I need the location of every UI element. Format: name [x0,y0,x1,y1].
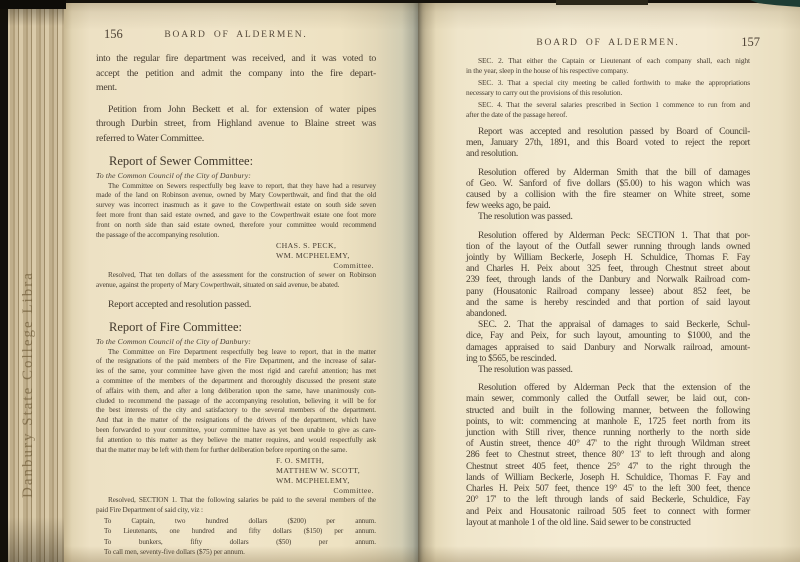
text-line: accept the petition and admit the compan… [96,67,376,82]
text-line: dice, Fay and Peix, for such layout, amo… [466,331,750,342]
body-block: The resolution was passed. [466,365,750,376]
text-line: in the year, sleep in the house of his r… [466,66,750,76]
small-list-block: To Captain, two hundred dollars ($200) p… [96,516,376,558]
page-left-content: into the regular fire department was rec… [96,52,376,558]
text-line: of affairs with them, and after a long d… [96,387,376,397]
page-left-156: 156 BOARD OF ALDERMEN. into the regular … [64,0,418,562]
text-line: SEC. 2. That the appraisal of damages to… [466,320,750,331]
scan-top-edge [0,0,800,3]
text-line: lands of William Beckerle, Joseph H. Sch… [466,473,750,484]
text-line: the best interests of the city and satis… [96,406,376,416]
text-line: Resolution offered by Alderman Peck that… [466,383,750,394]
text-line: 239 feet, through lands of the Danbury a… [466,275,750,286]
text-line: the passage of the accompanying resoluti… [96,231,376,241]
page-right-157: BOARD OF ALDERMEN. 157 SEC. 2. That eith… [418,0,800,562]
text-line: after the date of the passage hereof. [466,110,750,120]
text-line: ies of the same, your committee have giv… [96,367,376,377]
body-block: Resolution offered by Alderman Peck that… [466,383,750,529]
text-line: The resolution was passed. [466,365,750,376]
text-line: Petition from John Beckett et al. for ex… [96,103,376,118]
text-line: front on north side than said estate own… [96,221,376,231]
text-line: And that in the matter of the resignatio… [96,416,376,426]
text-line: ment. [96,81,376,96]
text-line: pany (Housatonic Railroad company lessee… [466,287,750,298]
text-line: and the same is hereby rescinded and tha… [466,298,750,309]
signature-name: F. O. SMITH, [96,456,376,466]
text-line: junction with Still river, thence runnin… [466,428,750,439]
book-scan: Danbury State College Libra 156 BOARD OF… [0,0,800,562]
text-line: made of the land on Robinson avenue, own… [96,191,376,201]
small-block: The Committee on Sewers respectfully beg… [96,182,376,241]
text-line: The resolution was passed. [466,212,750,223]
body-block: into the regular fire department was rec… [96,52,376,96]
text-line: of Austin street, thence 40° 47' to the … [466,439,750,450]
book-spine-page-edges: Danbury State College Libra [0,0,64,562]
signature-name: WM. MCPHELEMY, [96,251,376,261]
page-header-left: 156 BOARD OF ALDERMEN. [96,30,376,44]
text-line: that the matter may be left with them fo… [96,446,376,456]
text-line: abandoned. [466,309,750,320]
text-line: Resolution offered by Alderman Peck: SEC… [466,231,750,242]
text-line: feet more front than said estate owned, … [96,211,376,221]
text-line: damages appraised to said Danbury and No… [466,343,750,354]
text-line: been forwarded to your committee, your c… [96,426,376,436]
text-line: Report was accepted and resolution passe… [466,127,750,138]
text-line: ful attention to this matter as they bel… [96,436,376,446]
heading-block: Report of Sewer Committee: [96,154,376,169]
text-line: SEC. 3. That a special city meeting be c… [466,78,750,88]
text-line: Resolved, That ten dollars of the assess… [96,271,376,281]
body-block: Resolution offered by Alderman Smith tha… [466,168,750,213]
text-line: structed and built in the following mann… [466,406,750,417]
text-line: Resolution offered by Alderman Smith tha… [466,168,750,179]
text-line: To bunkers, fifty dollars ($50) per annu… [96,537,376,548]
text-line: through Durbin street, from Highland ave… [96,117,376,132]
small-block: SEC. 3. That a special city meeting be c… [466,78,750,98]
body-block: Resolution offered by Alderman Peck: SEC… [466,231,750,321]
text-line: Chestnut street 405 feet, thence 25° 47'… [466,462,750,473]
signature-block: CHAS. S. PECK,WM. MCPHELEMY,Committee. [96,241,376,271]
text-line: Report accepted and resolution passed. [96,298,376,313]
text-line: caused by a collision with the fire stea… [466,190,750,201]
running-header-right: BOARD OF ALDERMEN. [466,38,750,48]
text-line: layout at manhole 1 of the old line. Sai… [466,518,750,529]
text-line: main sewer, commonly called the Outfall … [466,394,750,405]
text-line: and Charles H. Peix about 325 feet, thro… [466,264,750,275]
signature-name: CHAS. S. PECK, [96,241,376,251]
salutation-block: To the Common Council of the City of Dan… [96,337,376,347]
salutation-block: To the Common Council of the City of Dan… [96,171,376,181]
text-line: of Geo. W. Sanford of five dollars ($5.0… [466,179,750,190]
signature-closing: Committee. [96,261,376,271]
small-block: Resolved, SECTION 1. That the following … [96,496,376,516]
heading-block: Report of Fire Committee: [96,320,376,335]
page-right-content: SEC. 2. That either the Captain or Lieut… [466,56,750,529]
body-block: Report accepted and resolution passed. [96,298,376,313]
text-line: of the resignations of the paid members … [96,357,376,367]
text-line: 286 feet to Chestnut street, thence 80° … [466,450,750,461]
text-line: The Committee on Sewers respectfully beg… [96,182,376,192]
page-number-right: 157 [741,35,760,50]
text-line: survey was incorrect inasmuch as it gave… [96,201,376,211]
text-line: Resolved, SECTION 1. That the following … [96,496,376,506]
text-line: necessary to carry out the provisions of… [466,88,750,98]
text-line: To Captain, two hundred dollars ($200) p… [96,516,376,527]
body-block: The resolution was passed. [466,212,750,223]
text-line: ing to $565, be rescinded. [466,354,750,365]
text-line: a committee of the members of the depart… [96,377,376,387]
text-line: paid Fire Department of said city, viz : [96,506,376,516]
text-line: To call men, seventy-five dollars ($75) … [96,547,376,558]
text-line: tion of the layout of the Outfall sewer … [466,242,750,253]
small-block: SEC. 4. That the several salaries prescr… [466,100,750,120]
text-line: The Committee on Fire Department respect… [96,348,376,358]
body-block: SEC. 2. That the appraisal of damages to… [466,320,750,365]
page-header-right: BOARD OF ALDERMEN. 157 [466,38,750,52]
signature-block: F. O. SMITH,MATTHEW W. SCOTT,WM. MCPHELE… [96,456,376,496]
text-line: and Peix and Housatonic railroad 505 fee… [466,507,750,518]
body-block: Report was accepted and resolution passe… [466,127,750,161]
spine-library-stamp: Danbury State College Libra [20,242,37,498]
text-line: 20° 17' to the left through lands of sai… [466,495,750,506]
signature-name: WM. MCPHELEMY, [96,476,376,486]
running-header-left: BOARD OF ALDERMEN. [96,30,376,40]
text-line: and resolution. [466,149,750,160]
text-line: into the regular fire department was rec… [96,52,376,67]
body-block: Petition from John Beckett et al. for ex… [96,103,376,147]
small-block: SEC. 2. That either the Captain or Lieut… [466,56,750,76]
text-line: referred to Water Committee. [96,132,376,147]
text-line: jointly by William Beckerle, Joseph H. S… [466,253,750,264]
text-line: cluded to recommend the passage of the a… [96,397,376,407]
small-block: The Committee on Fire Department respect… [96,348,376,456]
text-line: Charles H. Peix 507 feet, thence 19° 45'… [466,484,750,495]
text-line: To Lieutenants, one hundred and fifty do… [96,526,376,537]
text-line: SEC. 4. That the several salaries prescr… [466,100,750,110]
text-line: men, January 27th, 1891, and this Board … [466,138,750,149]
small-block: Resolved, That ten dollars of the assess… [96,271,376,291]
text-line: points, to wit: commencing at manhole E,… [466,417,750,428]
text-line: SEC. 2. That either the Captain or Lieut… [466,56,750,66]
text-line: few weeks ago, be paid. [466,201,750,212]
signature-closing: Committee. [96,486,376,496]
text-line: avenue, against the property of Mary Cow… [96,281,376,291]
signature-name: MATTHEW W. SCOTT, [96,466,376,476]
